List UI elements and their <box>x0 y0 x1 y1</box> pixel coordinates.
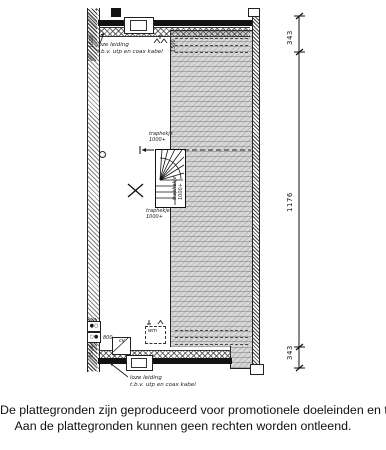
disclaimer-line-1: De plattegronden zijn geproduceerd voor … <box>0 403 366 417</box>
dimension-343-top: 343 <box>286 30 294 45</box>
stair-arrow <box>140 146 154 154</box>
loze-leiding-top-label: loze leiding t.b.v. utp en coax kabel <box>97 42 163 56</box>
stair-label-bottom-line2: 1000+ <box>146 214 170 220</box>
stair-label-right: traphekje 1000+ <box>172 176 184 200</box>
stair-label-bottom: traphekje 1000+ <box>146 208 170 220</box>
stair-label-top: traphekje 1000+ <box>149 131 173 143</box>
electra-symbol <box>147 320 163 324</box>
label-800: 800 <box>103 335 113 341</box>
loze-leiding-top-line2: t.b.v. utp en coax kabel <box>97 49 163 56</box>
sill-height-top-right: 1500 <box>171 39 177 52</box>
stair-label-right-line2: 1000+ <box>178 176 184 200</box>
disclaimer-line-2: Aan de plattegronden kunnen geen rechten… <box>0 419 366 433</box>
loze-leiding-bottom-label: loze leiding t.b.v. utp en coax kabel <box>130 375 196 389</box>
loze-leiding-bottom-line2: t.b.v. utp en coax kabel <box>130 382 196 389</box>
wm-label: wm <box>148 328 157 334</box>
dimension-1176-middle: 1176 <box>286 192 294 212</box>
cv-label: cv <box>119 338 125 344</box>
dimension-line <box>294 13 305 371</box>
sill-height-bottom-left: 1500 <box>89 345 95 358</box>
loze-leiding-bottom-line1: loze leiding <box>130 375 196 382</box>
dimension-343-bottom: 343 <box>286 345 294 360</box>
floorplan-page: ●○ ○● <box>0 0 386 450</box>
location-x-mark <box>128 184 143 197</box>
leader-line-bottom <box>110 363 128 377</box>
stair-label-top-line2: 1000+ <box>149 137 173 143</box>
sill-height-top-left: 1500 <box>89 35 95 48</box>
loze-leiding-top-line1: loze leiding <box>97 42 163 49</box>
